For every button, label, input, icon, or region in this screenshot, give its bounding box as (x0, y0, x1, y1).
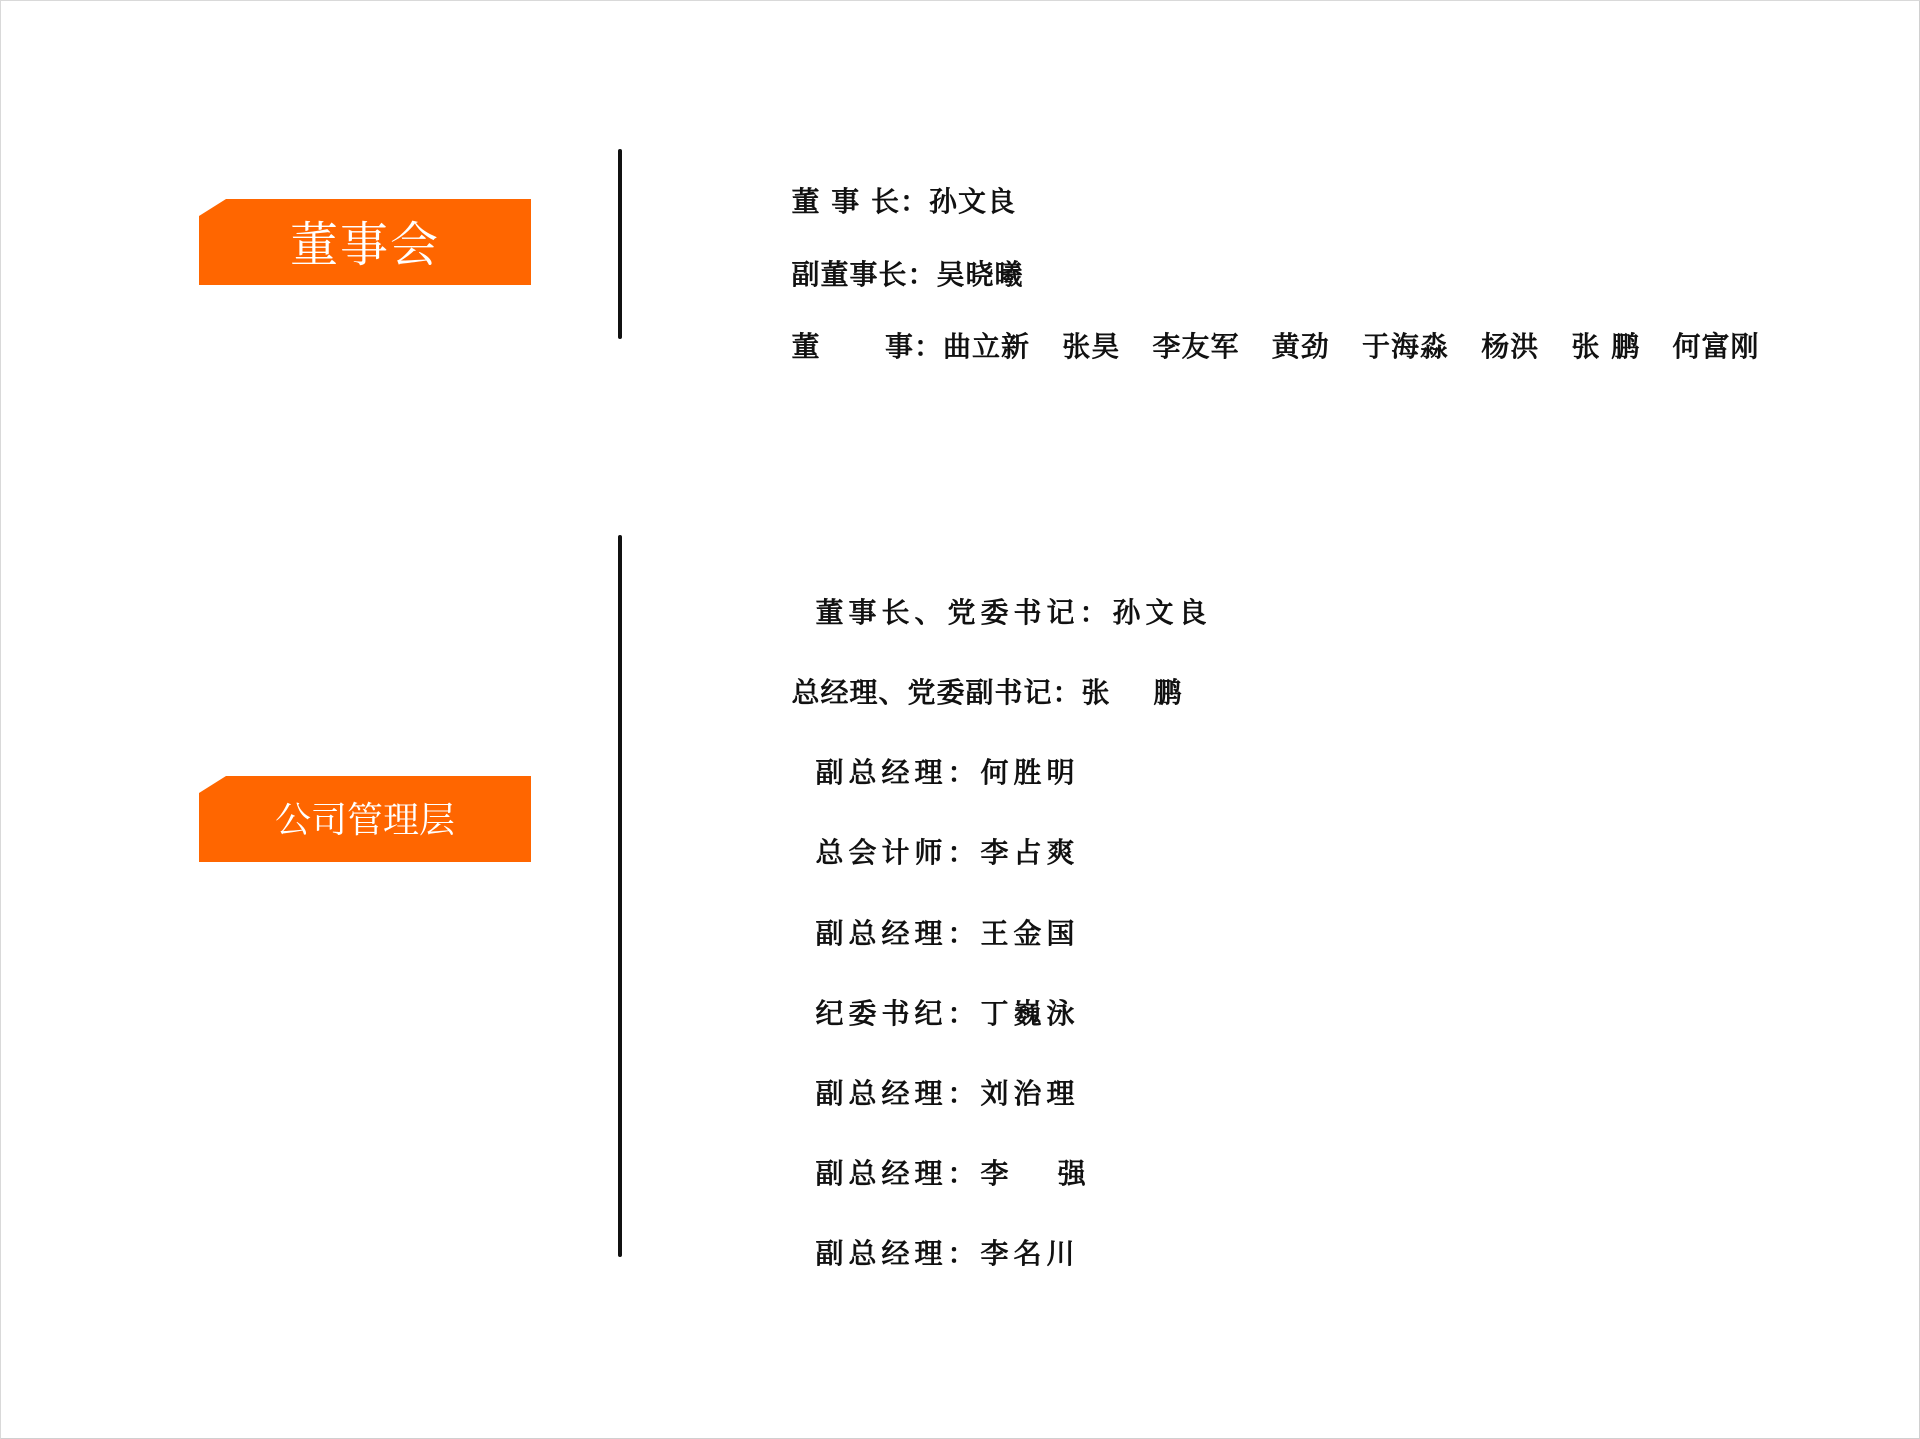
board-badge: 董事会 (199, 199, 531, 285)
member-names: 李 强 (981, 1157, 1091, 1190)
member-names: 孙文良 (1113, 596, 1212, 629)
role-title: 董 事 长： (792, 185, 930, 218)
member-names: 李名川 (981, 1237, 1080, 1270)
board-divider (618, 149, 622, 339)
member-names: 张 鹏 (1082, 676, 1183, 709)
member-names: 李占爽 (981, 836, 1080, 869)
member-names: 刘治理 (981, 1077, 1080, 1110)
role-title: 总会计师： (816, 836, 981, 869)
member-names: 王金国 (981, 917, 1080, 950)
member-names: 丁巍泳 (981, 997, 1080, 1030)
member-names: 吴晓曦 (937, 258, 1024, 291)
member-names: 何胜明 (981, 756, 1080, 789)
role-title: 董事长、党委书记： (816, 596, 1113, 629)
role-title: 副总经理： (816, 1157, 981, 1190)
member-names: 孙文良 (929, 185, 1016, 218)
role-title: 副总经理： (816, 917, 981, 950)
board-badge-label: 董事会 (290, 206, 440, 275)
board-row-directors: 董 事：曲立新 张昊 李友军 黄劲 于海淼 杨洪 张 鹏 何富刚 (727, 296, 1759, 398)
role-title: 副总经理： (816, 1237, 981, 1270)
role-title: 副总经理： (816, 1077, 981, 1110)
management-badge-label: 公司管理层 (275, 792, 455, 843)
role-title: 副总经理： (816, 756, 981, 789)
management-divider (618, 535, 622, 1257)
member-names: 曲立新 张昊 李友军 黄劲 于海淼 杨洪 张 鹏 何富刚 (943, 330, 1759, 363)
role-title: 纪委书纪： (816, 997, 981, 1030)
role-title: 副董事长： (792, 258, 937, 291)
role-title: 总经理、党委副书记： (792, 676, 1082, 709)
management-badge: 公司管理层 (199, 776, 531, 862)
role-title: 董 事： (792, 330, 944, 363)
management-row: 副总经理：李名川 (727, 1203, 1080, 1305)
